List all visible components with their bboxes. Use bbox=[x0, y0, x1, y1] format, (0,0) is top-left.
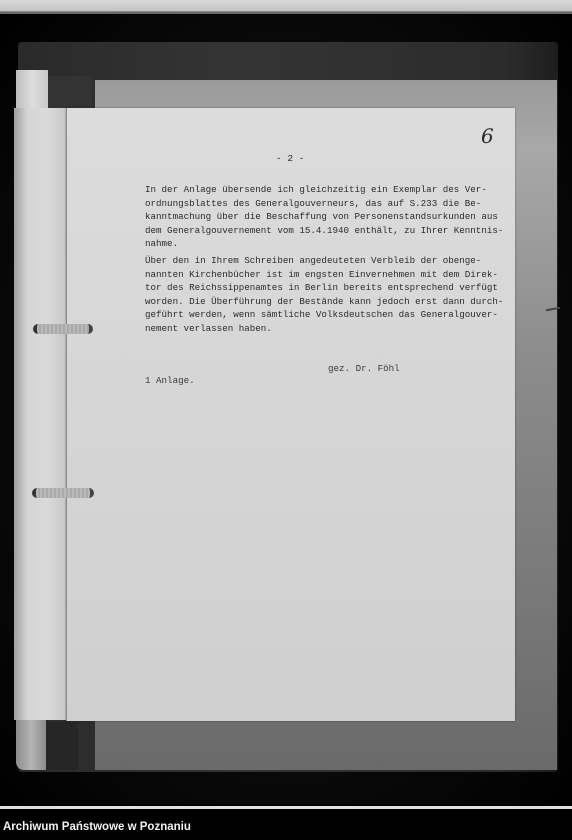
enclosure-note: 1 Anlage. bbox=[145, 375, 195, 386]
page-number: - 2 - bbox=[276, 153, 305, 164]
text-line: Über den in Ihrem Schreiben angedeuteten… bbox=[145, 254, 515, 268]
text-line: nahme. bbox=[145, 237, 515, 251]
text-line: kanntmachung über die Beschaffung von Pe… bbox=[145, 210, 515, 224]
text-line: In der Anlage übersende ich gleichzeitig… bbox=[145, 183, 515, 197]
binding-spine-bottom bbox=[16, 720, 46, 770]
text-line: worden. Die Überführung der Bestände kan… bbox=[145, 295, 515, 309]
paragraph-enclosure-notice: In der Anlage übersende ich gleichzeitig… bbox=[145, 183, 515, 251]
archive-name: Archiwum Państwowe w Poznaniu bbox=[3, 821, 191, 833]
footer-bar: Archiwum Państwowe w Poznaniu bbox=[0, 806, 572, 840]
text-line: geführt werden, wenn sämtliche Volksdeut… bbox=[145, 308, 515, 322]
binding-shadow bbox=[48, 76, 92, 110]
text-line: dem Generalgouvernement vom 15.4.1940 en… bbox=[145, 224, 515, 238]
binding-spine-top bbox=[16, 70, 48, 110]
binder-clip-icon bbox=[32, 488, 94, 498]
text-line: nannten Kirchenbücher ist im engsten Ein… bbox=[145, 268, 515, 282]
handwritten-folio-number: 6 bbox=[481, 124, 494, 148]
binding-spine bbox=[14, 108, 68, 720]
signature: gez. Dr. Föhl bbox=[328, 363, 400, 374]
binder-clip-icon bbox=[33, 324, 93, 334]
paragraph-church-books: Über den in Ihrem Schreiben angedeuteten… bbox=[145, 254, 515, 336]
text-line: nement verlassen haben. bbox=[145, 322, 515, 336]
top-border-strip bbox=[0, 0, 572, 13]
text-line: tor des Reichssippenamtes in Berlin bere… bbox=[145, 281, 515, 295]
text-line: ordnungsblattes des Generalgouverneurs, … bbox=[145, 197, 515, 211]
binding-shadow-bottom bbox=[46, 722, 78, 770]
